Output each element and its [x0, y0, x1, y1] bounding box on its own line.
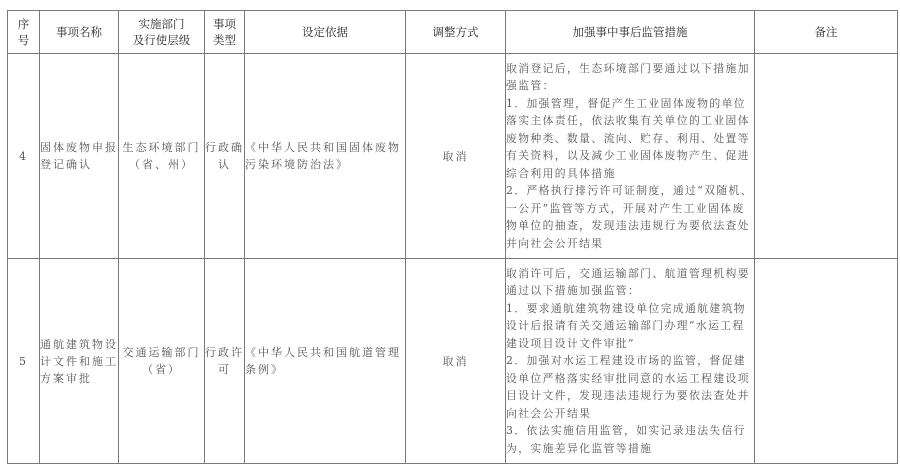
cell-department: 生态环境部门（省、州）: [119, 54, 205, 259]
table-row: 4 固体废物申报登记确认 生态环境部门（省、州） 行政确认 《中华人民共和国固体…: [8, 54, 898, 259]
cell-item-name: 固体废物申报登记确认: [40, 54, 119, 259]
header-index: 序 号: [8, 11, 40, 54]
cell-remarks: [755, 54, 898, 259]
header-measures: 加强事中事后监管措施: [506, 11, 755, 54]
cell-item-name: 通航建筑物设计文件和施工方案审批: [40, 259, 119, 464]
cell-index: 5: [8, 259, 40, 464]
cell-index: 4: [8, 54, 40, 259]
cell-measures: 取消登记后，生态环境部门要通过以下措施加强监管： 1．加强管理，督促产生工业固体…: [506, 54, 755, 259]
cell-remarks: [755, 259, 898, 464]
header-remarks: 备注: [755, 11, 898, 54]
cell-adjustment: 取消: [406, 54, 506, 259]
header-department: 实施部门 及行使层级: [119, 11, 205, 54]
cell-item-type: 行政许可: [205, 259, 245, 464]
cell-adjustment: 取消: [406, 259, 506, 464]
cell-basis: 《中华人民共和国固体废物污染环境防治法》: [245, 54, 406, 259]
regulatory-items-table: 序 号 事项名称 实施部门 及行使层级 事项 类型 设定依据 调整方式 加强事中…: [7, 10, 898, 464]
cell-measures: 取消许可后，交通运输部门、航道管理机构要通过以下措施加强监管： 1．要求通航建筑…: [506, 259, 755, 464]
cell-basis: 《中华人民共和国航道管理条例》: [245, 259, 406, 464]
header-item-type: 事项 类型: [205, 11, 245, 54]
header-basis: 设定依据: [245, 11, 406, 54]
table-row: 5 通航建筑物设计文件和施工方案审批 交通运输部门（省） 行政许可 《中华人民共…: [8, 259, 898, 464]
header-row: 序 号 事项名称 实施部门 及行使层级 事项 类型 设定依据 调整方式 加强事中…: [8, 11, 898, 54]
cell-item-type: 行政确认: [205, 54, 245, 259]
cell-department: 交通运输部门（省）: [119, 259, 205, 464]
header-item-name: 事项名称: [40, 11, 119, 54]
header-adjustment: 调整方式: [406, 11, 506, 54]
